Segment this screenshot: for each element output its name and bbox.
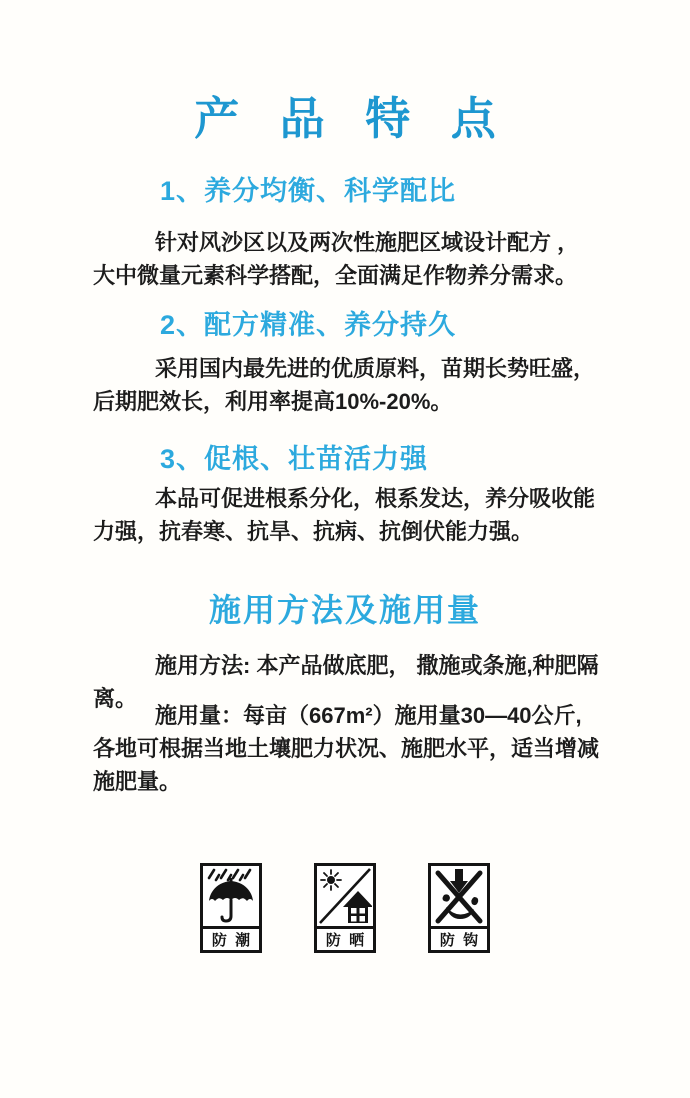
page-title: 产 品 特 点 xyxy=(0,82,690,147)
no-hooks-icon xyxy=(431,866,487,926)
feature-1-body: 针对风沙区以及两次性施肥区域设计配方 ， 大中微量元素科学搭配，全面满足作物养分… xyxy=(93,226,601,292)
no-hooks-pictogram: 防 钩 xyxy=(428,863,490,953)
no-hooks-label: 防 钩 xyxy=(431,926,487,950)
moisture-proof-label: 防 潮 xyxy=(203,926,259,950)
moisture-proof-umbrella-icon xyxy=(203,866,259,926)
moisture-proof-pictogram: 防 潮 xyxy=(200,863,262,953)
sun-protection-icon xyxy=(317,866,373,926)
usage-section-title: 施用方法及施用量 xyxy=(0,585,690,631)
sun-protection-label: 防 晒 xyxy=(317,926,373,950)
product-label-panel: 产 品 特 点 1、养分均衡、科学配比 针对风沙区以及两次性施肥区域设计配方 ，… xyxy=(0,0,690,1098)
packaging-pictograms-row: 防 潮 xyxy=(0,863,690,953)
usage-dosage-paragraph: 施用量：每亩（667m²）施用量30—40公斤,各地可根据当地土壤肥力状况、施肥… xyxy=(93,699,601,798)
feature-2-heading: 2、配方精准、养分持久 xyxy=(160,303,456,342)
feature-2-body: 采用国内最先进的优质原料，苗期长势旺盛，后期肥效长，利用率提高10%-20%。 xyxy=(93,352,601,418)
feature-3-body: 本品可促进根系分化，根系发达，养分吸收能力强，抗春寒、抗旱、抗病、抗倒伏能力强。 xyxy=(93,482,601,548)
feature-1-heading: 1、养分均衡、科学配比 xyxy=(160,169,456,208)
sun-protection-pictogram: 防 晒 xyxy=(314,863,376,953)
feature-3-heading: 3、促根、壮苗活力强 xyxy=(160,437,428,476)
